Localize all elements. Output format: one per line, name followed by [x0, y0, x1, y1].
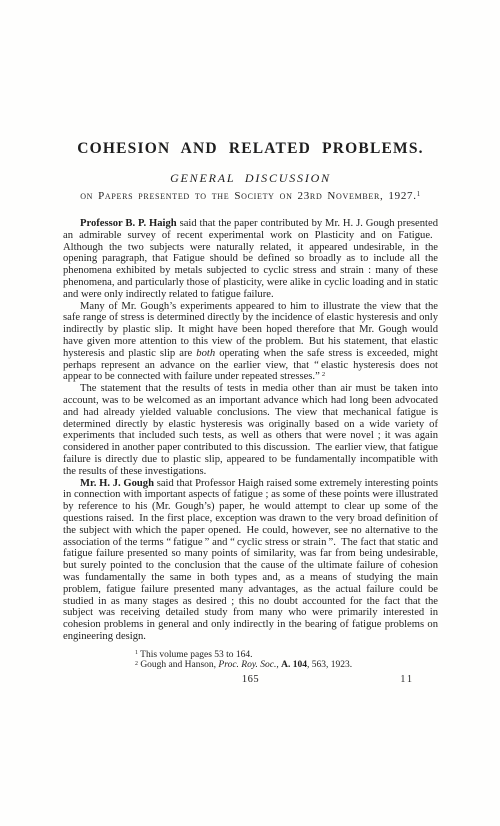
paragraph-gough-1: Mr. H. J. Gough said that Professor Haig… [63, 478, 438, 643]
page-title: COHESION AND RELATED PROBLEMS. [63, 141, 438, 157]
text-block: COHESION AND RELATED PROBLEMS. GENERAL D… [63, 0, 438, 687]
paragraph-haigh-2: Many of Mr. Gough’s experiments appeared… [63, 301, 438, 384]
page-footer: 165 11 [63, 674, 438, 687]
paragraph-haigh-3: The statement that the results of tests … [63, 383, 438, 477]
paragraph-haigh-1: Professor B. P. Haigh said that the pape… [63, 218, 438, 301]
scanned-page: COHESION AND RELATED PROBLEMS. GENERAL D… [0, 0, 500, 826]
signature-mark: 11 [400, 674, 414, 685]
footnote-1: 1 This volume pages 53 to 164. [135, 650, 438, 661]
footnote-2: 2 Gough and Hanson, Proc. Roy. Soc., A. … [135, 660, 438, 671]
session-line: on Papers presented to the Society on 23… [63, 190, 438, 202]
discussion-subtitle: GENERAL DISCUSSION [63, 172, 438, 184]
page-number: 165 [242, 674, 259, 685]
discussion-body: Professor B. P. Haigh said that the pape… [63, 218, 438, 643]
footnotes: 1 This volume pages 53 to 164. 2 Gough a… [135, 650, 438, 671]
